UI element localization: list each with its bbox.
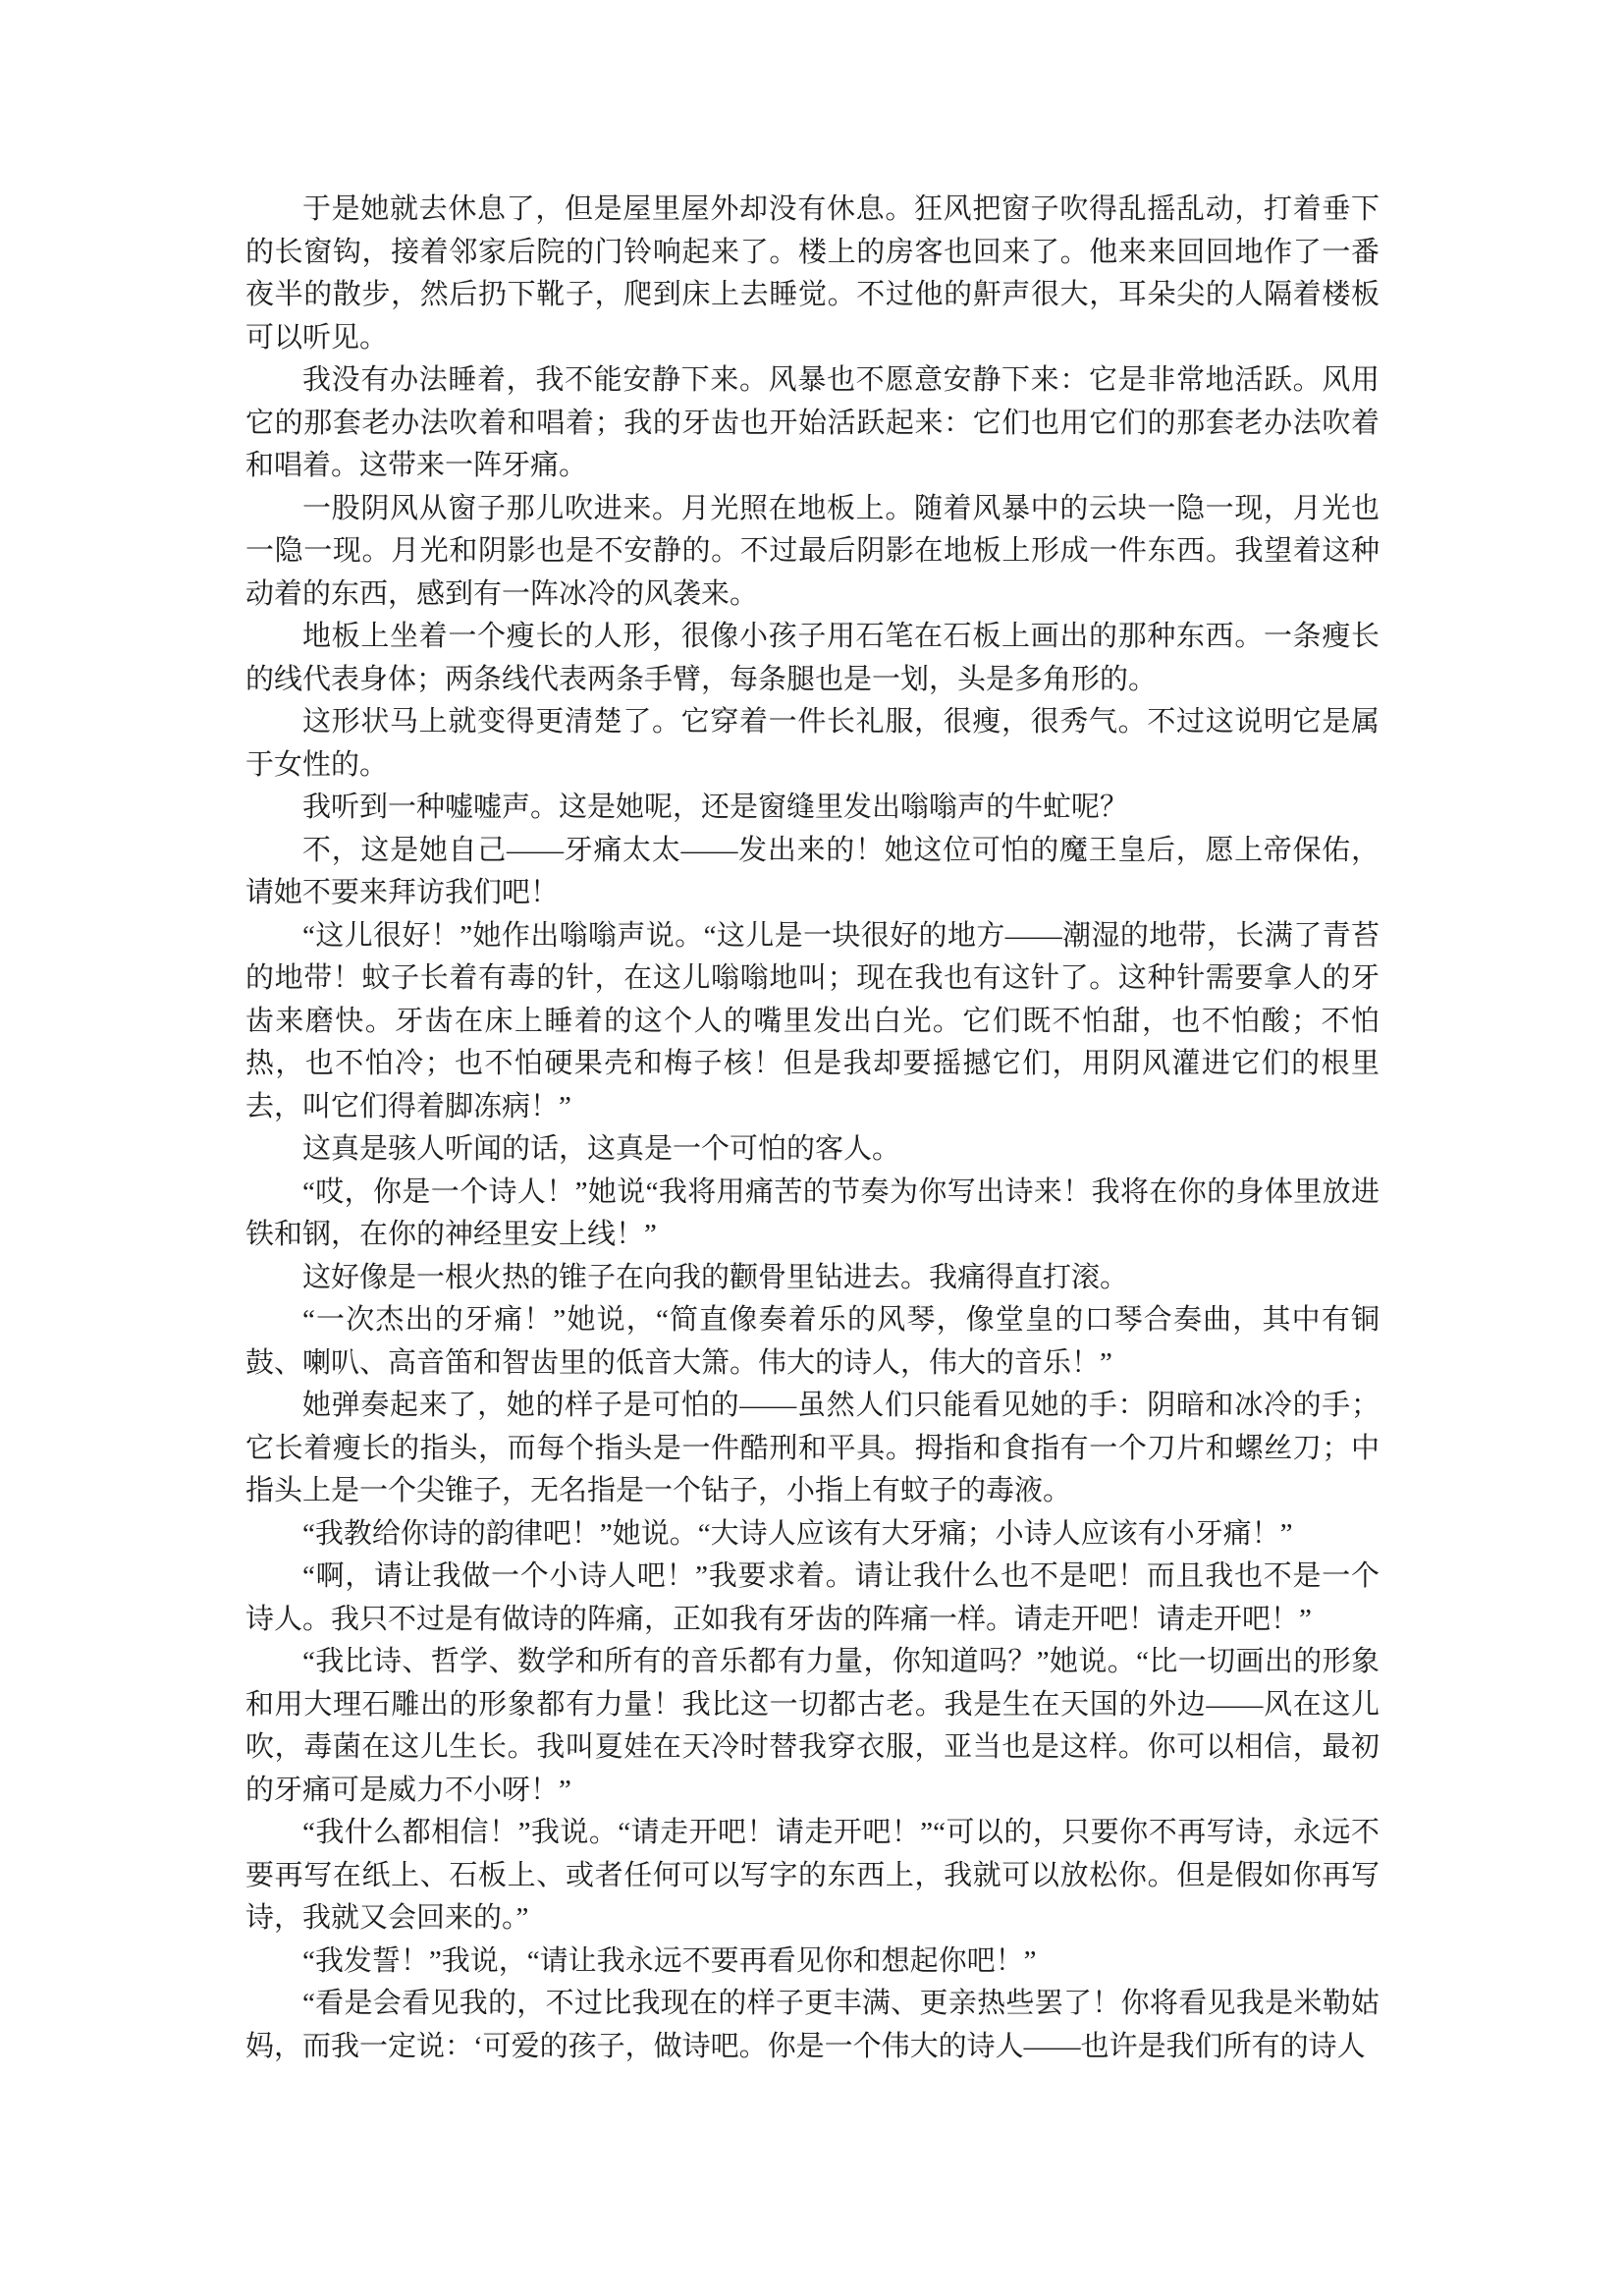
paragraph: 这真是骇人听闻的话，这真是一个可怕的客人。 [245, 1128, 1380, 1172]
paragraph: “这儿很好！”她作出嗡嗡声说。“这儿是一块很好的地方——潮湿的地带，长满了青苔的… [245, 915, 1380, 1129]
document-page: 于是她就去休息了，但是屋里屋外却没有休息。狂风把窗子吹得乱摇乱动，打着垂下的长窗… [0, 0, 1623, 2296]
paragraph: 我听到一种嘘嘘声。这是她呢，还是窗缝里发出嗡嗡声的牛虻呢？ [245, 787, 1380, 830]
paragraph: 不，这是她自己——牙痛太太——发出来的！她这位可怕的魔王皇后，愿上帝保佑，请她不… [245, 830, 1380, 915]
paragraph: “我教给你诗的韵律吧！”她说。“大诗人应该有大牙痛；小诗人应该有小牙痛！” [245, 1513, 1380, 1557]
paragraph: 这形状马上就变得更清楚了。它穿着一件长礼服，很瘦，很秀气。不过这说明它是属于女性… [245, 701, 1380, 787]
paragraph: 地板上坐着一个瘦长的人形，很像小孩子用石笔在石板上画出的那种东西。一条瘦长的线代… [245, 616, 1380, 701]
paragraph: 我没有办法睡着，我不能安静下来。风暴也不愿意安静下来：它是非常地活跃。风用它的那… [245, 359, 1380, 488]
paragraph: 她弹奏起来了，她的样子是可怕的——虽然人们只能看见她的手：阴暗和冰冷的手；它长着… [245, 1385, 1380, 1513]
paragraph: 一股阴风从窗子那儿吹进来。月光照在地板上。随着风暴中的云块一隐一现，月光也一隐一… [245, 488, 1380, 617]
paragraph: “哎，你是一个诗人！”她说“我将用痛苦的节奏为你写出诗来！我将在你的身体里放进铁… [245, 1172, 1380, 1257]
paragraph: “我什么都相信！”我说。“请走开吧！请走开吧！”“可以的，只要你不再写诗，永远不… [245, 1812, 1380, 1941]
paragraph: “我发誓！”我说，“请让我永远不要再看见你和想起你吧！” [245, 1941, 1380, 1984]
paragraph: “一次杰出的牙痛！”她说，“简直像奏着乐的风琴，像堂皇的口琴合奏曲，其中有铜鼓、… [245, 1299, 1380, 1385]
paragraph: 这好像是一根火热的锥子在向我的颧骨里钻进去。我痛得直打滚。 [245, 1257, 1380, 1300]
paragraph: “看是会看见我的，不过比我现在的样子更丰满、更亲热些罢了！你将看见我是米勒姑妈，… [245, 1983, 1380, 2068]
paragraph: “我比诗、哲学、数学和所有的音乐都有力量，你知道吗？”她说。“比一切画出的形象和… [245, 1641, 1380, 1812]
text-block: 于是她就去休息了，但是屋里屋外却没有休息。狂风把窗子吹得乱摇乱动，打着垂下的长窗… [245, 189, 1380, 2068]
paragraph: 于是她就去休息了，但是屋里屋外却没有休息。狂风把窗子吹得乱摇乱动，打着垂下的长窗… [245, 189, 1380, 359]
paragraph: “啊，请让我做一个小诗人吧！”我要求着。请让我什么也不是吧！而且我也不是一个诗人… [245, 1556, 1380, 1641]
